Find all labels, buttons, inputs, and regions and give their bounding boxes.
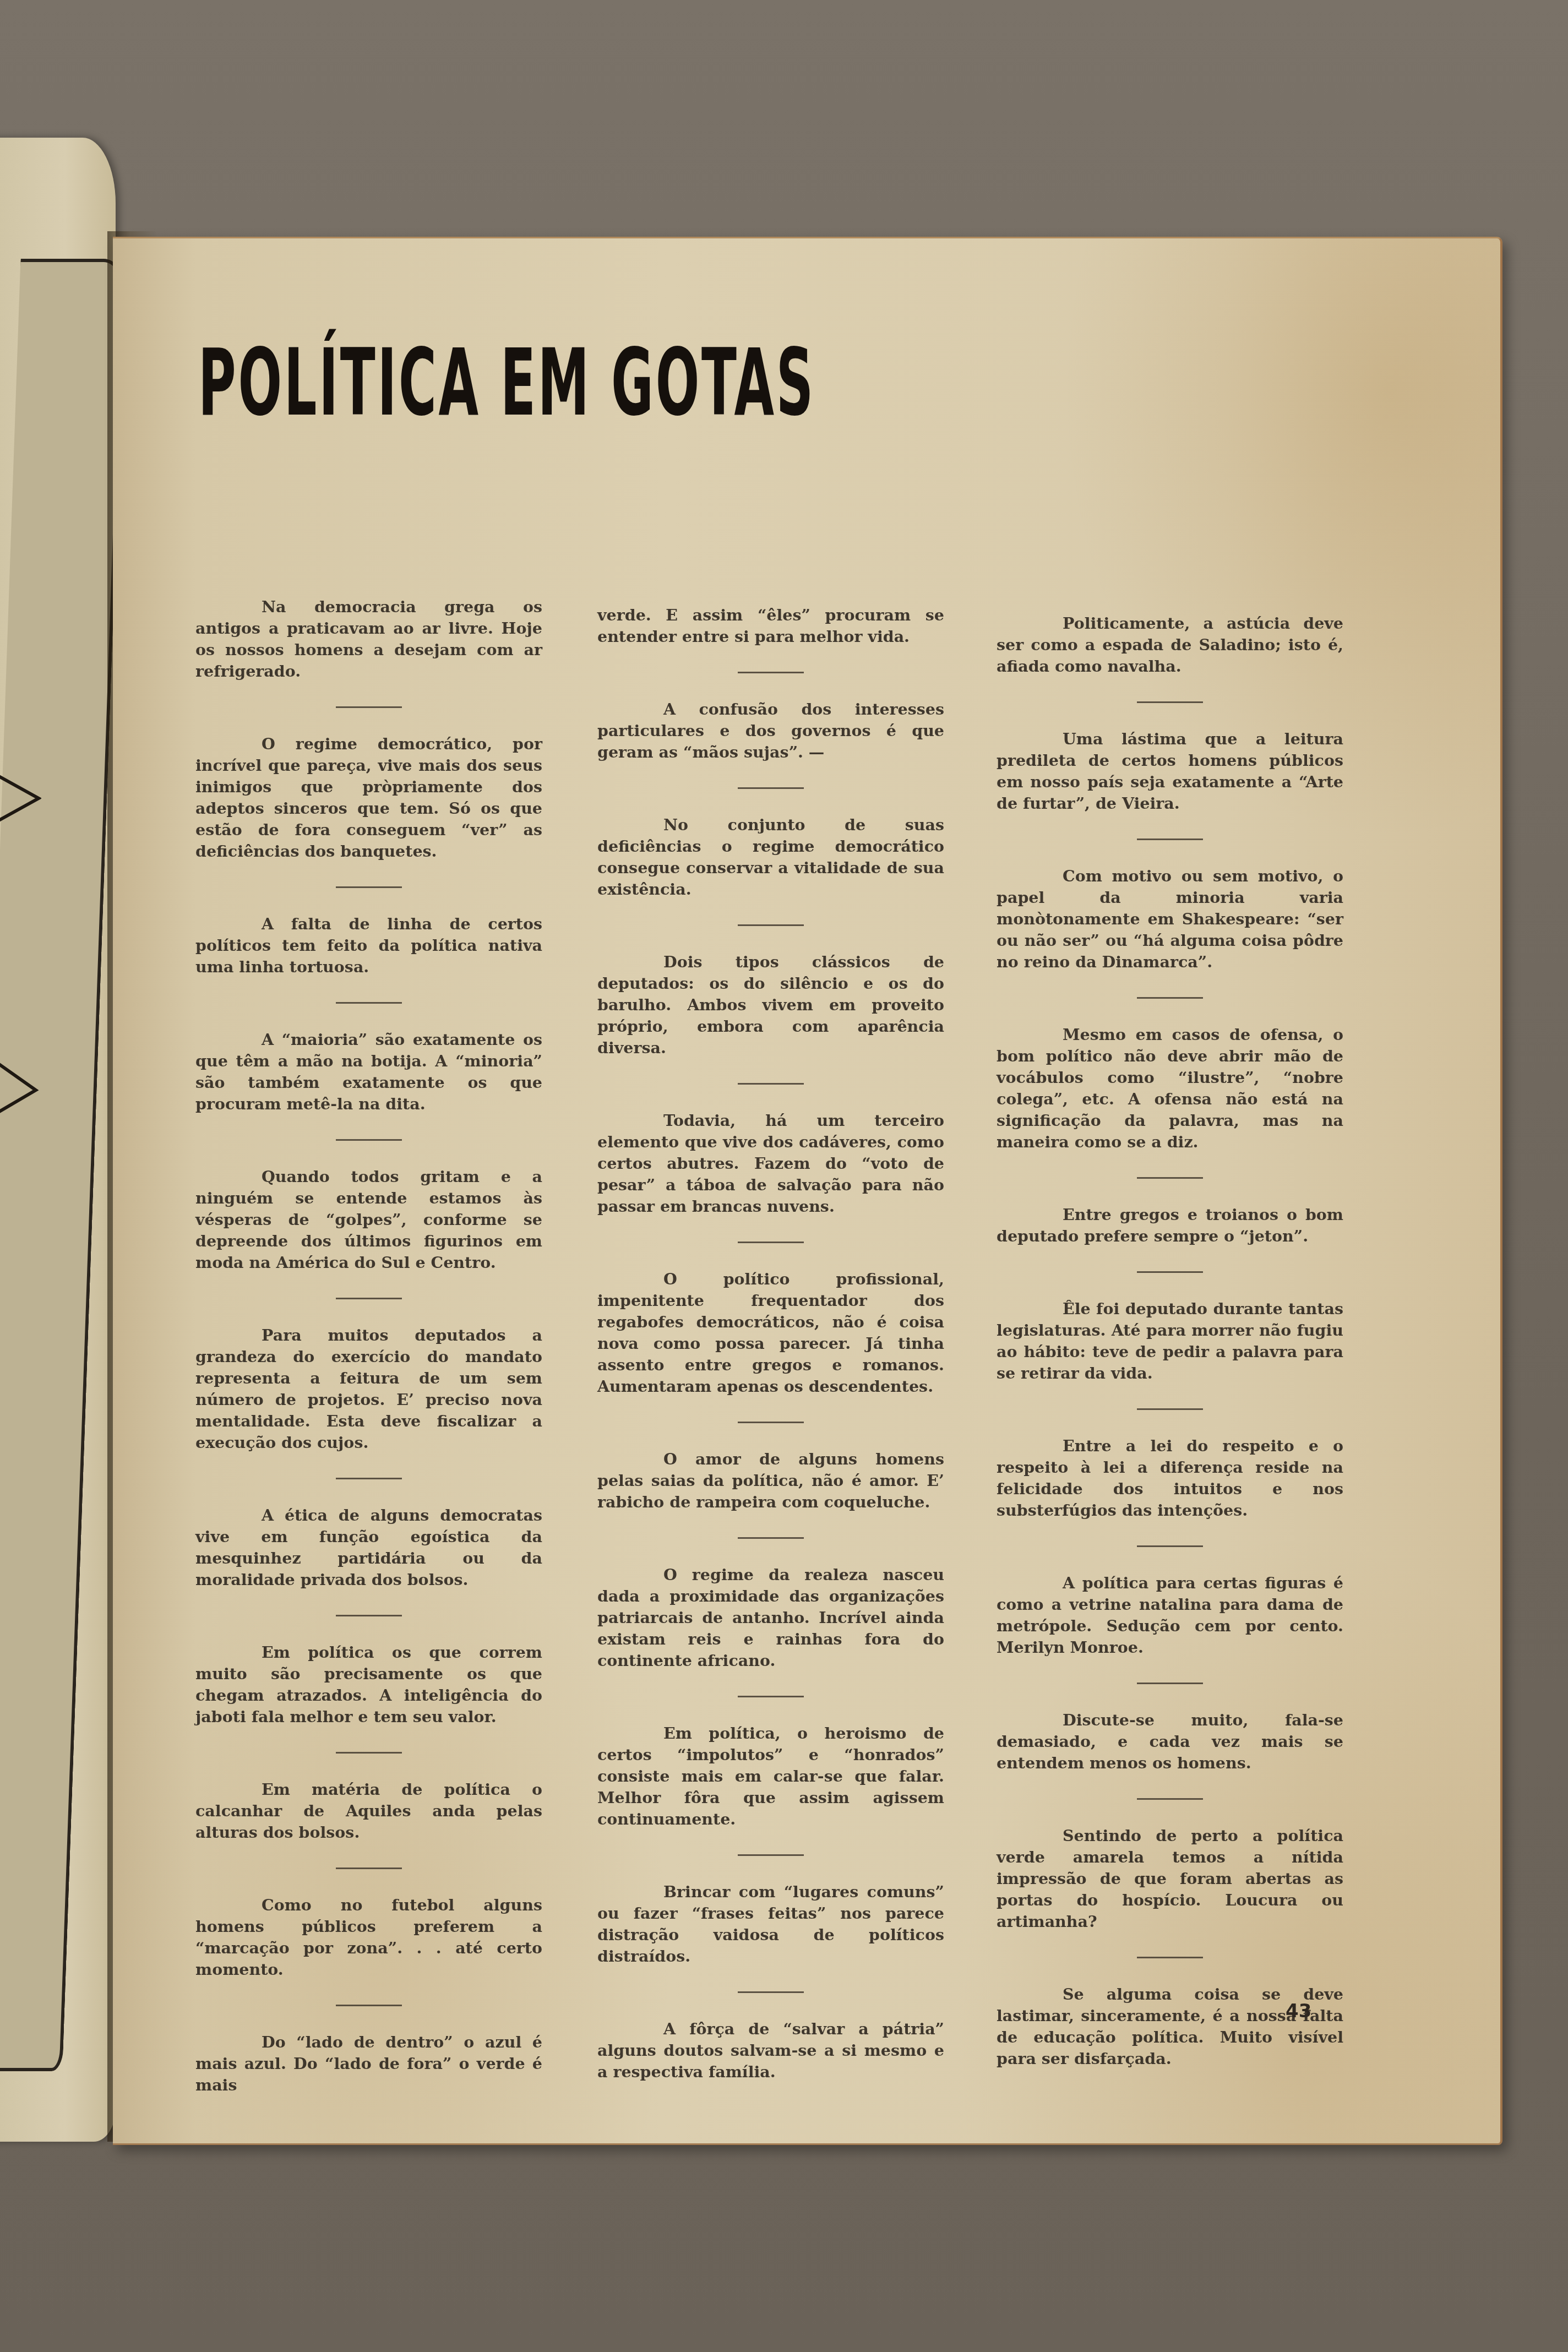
aphorism: A falta de linha de certos políticos tem… [195, 913, 542, 978]
separator-rule [738, 1991, 804, 1993]
aphorism-text: Sentindo de perto a política verde amare… [997, 1825, 1343, 1932]
separator-rule [1137, 701, 1203, 703]
separator-rule [336, 1752, 402, 1754]
separator-rule [1137, 1798, 1203, 1800]
separator-rule [1137, 1177, 1203, 1179]
aphorism-text: O regime democrático, por incrível que p… [195, 733, 542, 862]
aphorism-text: O regime da realeza nasceu dada a proxim… [597, 1564, 944, 1672]
aphorism: Como no futebol alguns homens públicos p… [195, 1894, 542, 1980]
aphorism: Quando todos gritam e a ninguém se enten… [195, 1166, 542, 1273]
aphorism: Em política, o heroismo de certos “impol… [597, 1723, 944, 1830]
aphorism-text: Em política os que correm muito são prec… [195, 1642, 542, 1728]
aphorism: A ética de alguns democratas vive em fun… [195, 1505, 542, 1591]
aphorism: Politicamente, a astúcia deve ser como a… [997, 613, 1343, 677]
aphorism-text: O político profissional, impenitente fre… [597, 1268, 944, 1397]
aphorism: Brincar com “lugares comuns” ou fazer “f… [597, 1881, 944, 1967]
column-1: Na democracia grega os antigos a pratica… [195, 596, 542, 2096]
magazine-page: POLÍTICA EM GOTAS Na democracia grega os… [113, 237, 1502, 2145]
separator-rule [1137, 1683, 1203, 1684]
aphorism: A “maioria” são exatamente os que têm a … [195, 1029, 542, 1115]
aphorism-text: Discute-se muito, fala-se demasiado, e c… [997, 1709, 1343, 1774]
aphorism-text: Se alguma coisa se deve lastimar, sincer… [997, 1984, 1343, 2070]
aphorism: Do “lado de dentro” o azul é mais azul. … [195, 2032, 542, 2096]
aphorism-text: Para muitos deputados a grandeza do exer… [195, 1325, 542, 1453]
aphorism-text: Quando todos gritam e a ninguém se enten… [195, 1166, 542, 1273]
separator-rule [1137, 1271, 1203, 1273]
aphorism-text: No conjunto de suas deficiências o regim… [597, 814, 944, 900]
separator-rule [1137, 1957, 1203, 1958]
aphorism: Com motivo ou sem motivo, o papel da min… [997, 865, 1343, 973]
separator-rule [336, 1002, 402, 1004]
aphorism-text: Em política, o heroismo de certos “impol… [597, 1723, 944, 1830]
aphorism-text: Êle foi deputado durante tantas legislat… [997, 1298, 1343, 1384]
aphorism: Para muitos deputados a grandeza do exer… [195, 1325, 542, 1453]
aphorism-text: Todavia, há um terceiro elemento que viv… [597, 1110, 944, 1217]
aphorism-text: Na democracia grega os antigos a pratica… [195, 596, 542, 682]
separator-rule [738, 1083, 804, 1085]
aphorism-text: Com motivo ou sem motivo, o papel da min… [997, 865, 1343, 973]
aphorism: O político profissional, impenitente fre… [597, 1268, 944, 1397]
aphorism: Entre a lei do respeito e o respeito à l… [997, 1435, 1343, 1521]
separator-rule [336, 2005, 402, 2006]
aphorism-text: Politicamente, a astúcia deve ser como a… [997, 613, 1343, 677]
separator-rule [336, 1868, 402, 1869]
aphorism: Sentindo de perto a política verde amare… [997, 1825, 1343, 1932]
aphorism-text: A fôrça de “salvar a pátria” alguns dout… [597, 2018, 944, 2083]
separator-rule [738, 787, 804, 789]
page-number: 43 [1286, 2000, 1311, 2022]
aphorism-text: Brincar com “lugares comuns” ou fazer “f… [597, 1881, 944, 1967]
separator-rule [738, 672, 804, 673]
aphorism: Entre gregos e troianos o bom deputado p… [997, 1204, 1343, 1247]
separator-rule [1137, 1545, 1203, 1547]
separator-rule [1137, 997, 1203, 999]
aphorism: A política para certas figuras é como a … [997, 1572, 1343, 1658]
aphorism: A confusão dos interesses particulares e… [597, 699, 944, 763]
separator-rule [738, 1242, 804, 1243]
column-2: verde. E assim “êles” procuram se entend… [597, 605, 944, 2083]
aphorism-text: Uma lástima que a leitura predileta de c… [997, 728, 1343, 814]
aphorism: O regime democrático, por incrível que p… [195, 733, 542, 862]
separator-rule [336, 706, 402, 708]
aphorism: Dois tipos clássicos de deputados: os do… [597, 951, 944, 1059]
aphorism: Mesmo em casos de ofensa, o bom político… [997, 1024, 1343, 1153]
separator-rule [738, 1696, 804, 1697]
aphorism: Se alguma coisa se deve lastimar, sincer… [997, 1984, 1343, 2070]
aphorism: Todavia, há um terceiro elemento que viv… [597, 1110, 944, 1217]
aphorism-text: A “maioria” são exatamente os que têm a … [195, 1029, 542, 1115]
aphorism: verde. E assim “êles” procuram se entend… [597, 605, 944, 647]
aphorism-text: verde. E assim “êles” procuram se entend… [597, 605, 944, 647]
aphorism: A fôrça de “salvar a pátria” alguns dout… [597, 2018, 944, 2083]
separator-rule [1137, 1408, 1203, 1410]
separator-rule [738, 1854, 804, 1856]
aphorism-text: A confusão dos interesses particulares e… [597, 699, 944, 763]
aphorism-text: Entre gregos e troianos o bom deputado p… [997, 1204, 1343, 1247]
aphorism: O amor de alguns homens pelas saias da p… [597, 1449, 944, 1513]
separator-rule [1137, 839, 1203, 840]
previous-page-edge [0, 138, 116, 2142]
separator-rule [336, 1478, 402, 1479]
separator-rule [738, 1422, 804, 1423]
aphorism: Discute-se muito, fala-se demasiado, e c… [997, 1709, 1343, 1774]
separator-rule [738, 924, 804, 926]
aphorism-text: A ética de alguns democratas vive em fun… [195, 1505, 542, 1591]
aphorism: O regime da realeza nasceu dada a proxim… [597, 1564, 944, 1672]
previous-page-zigzag-illustration [0, 771, 41, 1431]
separator-rule [336, 1615, 402, 1616]
aphorism-text: A política para certas figuras é como a … [997, 1572, 1343, 1658]
aphorism-text: Do “lado de dentro” o azul é mais azul. … [195, 2032, 542, 2096]
aphorism: Uma lástima que a leitura predileta de c… [997, 728, 1343, 814]
separator-rule [738, 1537, 804, 1539]
separator-rule [336, 886, 402, 888]
page-title: POLÍTICA EM GOTAS [198, 336, 815, 429]
aphorism-text: Mesmo em casos de ofensa, o bom político… [997, 1024, 1343, 1153]
aphorism: Em matéria de política o calcanhar de Aq… [195, 1779, 542, 1843]
aphorism-text: Dois tipos clássicos de deputados: os do… [597, 951, 944, 1059]
aphorism-text: A falta de linha de certos políticos tem… [195, 913, 542, 978]
aphorism: Na democracia grega os antigos a pratica… [195, 596, 542, 682]
aphorism: No conjunto de suas deficiências o regim… [597, 814, 944, 900]
aphorism-text: Entre a lei do respeito e o respeito à l… [997, 1435, 1343, 1521]
column-3: Politicamente, a astúcia deve ser como a… [997, 613, 1343, 2070]
separator-rule [336, 1139, 402, 1141]
aphorism: Êle foi deputado durante tantas legislat… [997, 1298, 1343, 1384]
separator-rule [336, 1298, 402, 1299]
aphorism-text: Como no futebol alguns homens públicos p… [195, 1894, 542, 1980]
aphorism-text: O amor de alguns homens pelas saias da p… [597, 1449, 944, 1513]
aphorism: Em política os que correm muito são prec… [195, 1642, 542, 1728]
aphorism-text: Em matéria de política o calcanhar de Aq… [195, 1779, 542, 1843]
